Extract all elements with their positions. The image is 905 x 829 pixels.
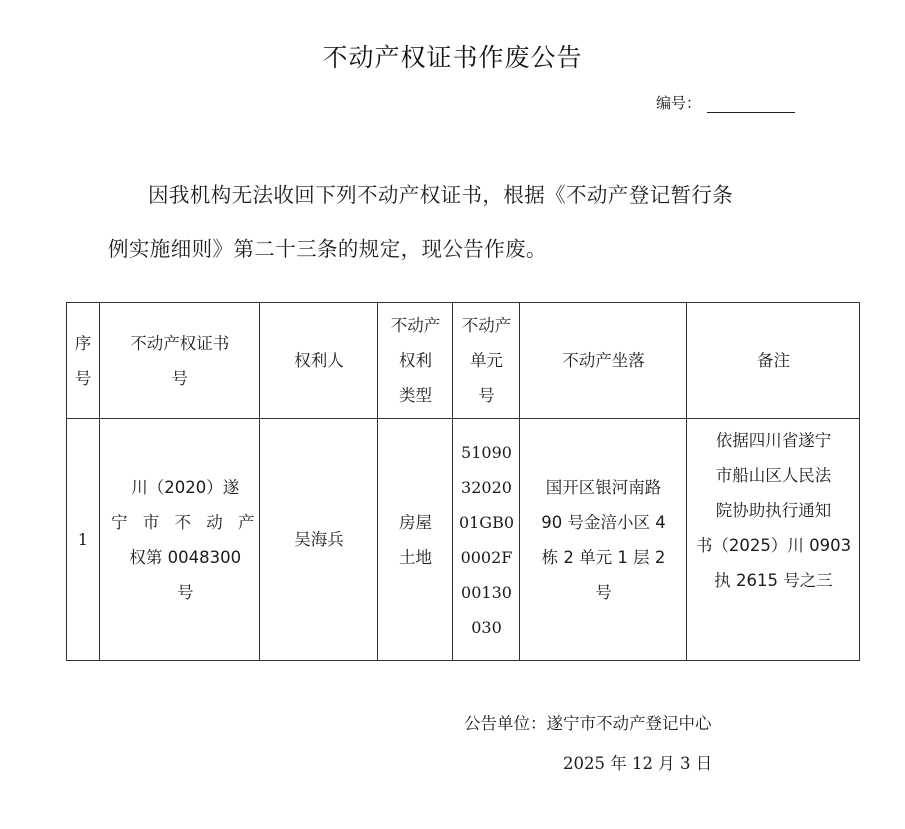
location-line: 90 号金涪小区 4	[520, 505, 686, 540]
header-unit-no-line: 号	[453, 378, 519, 413]
header-right-type-line: 权利	[378, 343, 452, 378]
header-unit-no-line: 单元	[453, 343, 519, 378]
cert-no-line: 权第 0048300	[111, 540, 259, 575]
header-cert-no-line: 不动产权证书	[100, 326, 259, 361]
header-right-type: 不动产 权利 类型	[378, 303, 453, 419]
cert-no-line: 号	[111, 575, 259, 610]
right-type-line: 房屋	[378, 505, 452, 540]
header-holder: 权利人	[260, 303, 378, 419]
location-line: 栋 2 单元 1 层 2	[520, 540, 686, 575]
document-number-blank	[707, 96, 795, 113]
cell-seq: 1	[67, 419, 100, 661]
header-holder-line: 权利人	[260, 343, 377, 378]
unit-no-line: 030	[453, 610, 519, 645]
cell-unit-no: 51090 32020 01GB0 0002F 00130 030	[453, 419, 520, 661]
issuer-line: 公告单位：遂宁市不动产登记中心	[464, 710, 712, 734]
cell-remark: 依据四川省遂宁 市船山区人民法 院协助执行通知 书（2025）川 0903 执 …	[687, 419, 860, 661]
remark-line: 书（2025）川 0903	[687, 528, 859, 563]
header-remark: 备注	[687, 303, 860, 419]
remark-line: 院协助执行通知	[687, 493, 859, 528]
body-text-line-2: 例实施细则》第二十三条的规定，现公告作废。	[108, 232, 547, 262]
cell-holder: 吴海兵	[260, 419, 378, 661]
header-seq-line: 序	[67, 326, 99, 361]
location-line: 号	[520, 575, 686, 610]
certificate-table: 序 号 不动产权证书 号 权利人 不动产 权利 类型 不动产 单元 号 不动产坐…	[66, 302, 860, 661]
header-right-type-line: 类型	[378, 378, 452, 413]
remark-line: 依据四川省遂宁	[687, 423, 859, 458]
cert-no-line: 川（2020）遂	[111, 470, 259, 505]
header-unit-no: 不动产 单元 号	[453, 303, 520, 419]
unit-no-line: 0002F	[453, 540, 519, 575]
right-type-line: 土地	[378, 540, 452, 575]
document-number-label: 编号：	[656, 92, 701, 113]
unit-no-line: 01GB0	[453, 505, 519, 540]
header-remark-line: 备注	[687, 343, 859, 378]
header-unit-no-line: 不动产	[453, 308, 519, 343]
header-cert-no-line: 号	[100, 361, 259, 396]
unit-no-line: 32020	[453, 470, 519, 505]
remark-line: 市船山区人民法	[687, 458, 859, 493]
location-line: 国开区银河南路	[520, 470, 686, 505]
header-right-type-line: 不动产	[378, 308, 452, 343]
issue-date: 2025 年 12 月 3 日	[563, 750, 712, 774]
header-seq-line: 号	[67, 361, 99, 396]
table-row: 1 川（2020）遂 宁 市 不 动 产 权第 0048300 号 吴海兵 房屋…	[67, 419, 860, 661]
cell-right-type: 房屋 土地	[378, 419, 453, 661]
page-title: 不动产权证书作废公告	[0, 38, 905, 74]
body-text-line-1: 因我机构无法收回下列不动产权证书，根据《不动产登记暂行条	[148, 178, 733, 208]
header-cert-no: 不动产权证书 号	[100, 303, 260, 419]
document-number: 编号：	[656, 92, 795, 113]
cert-no-line: 宁 市 不 动 产	[111, 505, 259, 540]
cell-location: 国开区银河南路 90 号金涪小区 4 栋 2 单元 1 层 2 号	[520, 419, 687, 661]
table-header-row: 序 号 不动产权证书 号 权利人 不动产 权利 类型 不动产 单元 号 不动产坐…	[67, 303, 860, 419]
unit-no-line: 51090	[453, 435, 519, 470]
header-location: 不动产坐落	[520, 303, 687, 419]
cell-cert-no: 川（2020）遂 宁 市 不 动 产 权第 0048300 号	[100, 419, 260, 661]
unit-no-line: 00130	[453, 575, 519, 610]
header-seq: 序 号	[67, 303, 100, 419]
header-location-line: 不动产坐落	[520, 343, 686, 378]
remark-line: 执 2615 号之三	[687, 563, 859, 598]
